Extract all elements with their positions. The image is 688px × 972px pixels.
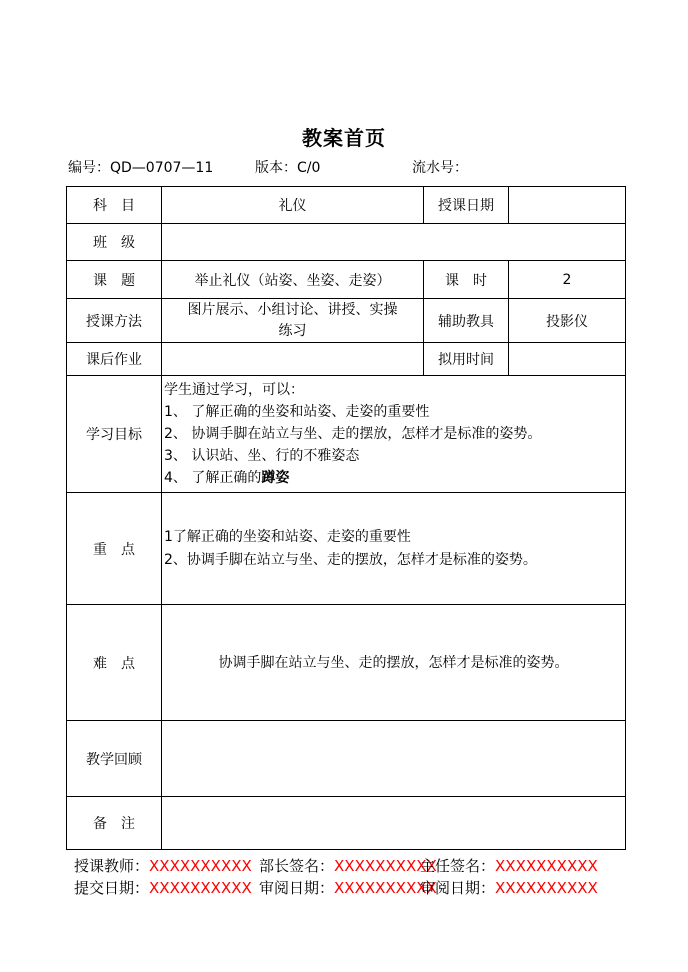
goal-item-4: 4、 了解正确的蹲姿 [164, 467, 623, 489]
table-row: 课 题 举止礼仪（站姿、坐姿、走姿） 课 时 2 [67, 261, 626, 299]
goal-item-2: 2、 协调手脚在站立与坐、走的摆放，怎样才是标准的姿势。 [164, 423, 623, 445]
planned-time-value [509, 343, 626, 376]
teach-date-label: 授课日期 [424, 187, 509, 224]
supervisor-signature: 主任签名：XXXXXXXXXX [420, 855, 598, 877]
doc-serial-label: 流水号： [412, 160, 468, 176]
lesson-plan-table: 科 目 礼仪 授课日期 班 级 课 题 举止礼仪（站姿、坐姿、走姿） 课 时 2… [66, 186, 626, 850]
table-row: 课后作业 拟用时间 [67, 343, 626, 376]
table-row: 学习目标 学生通过学习，可以： 1、 了解正确的坐姿和站姿、走姿的重要性 2、 … [67, 376, 626, 493]
doc-serial: 流水号： [412, 158, 468, 178]
table-row: 授课方法 图片展示、小组讨论、讲授、实操练习 辅助教具 投影仪 [67, 299, 626, 343]
teaching-aid-label: 辅助教具 [424, 299, 509, 343]
class-label: 班 级 [67, 224, 162, 261]
meta-line: 编号：QD—0707—11 版本：C/0 流水号： [68, 158, 688, 178]
signature-block: 授课教师：XXXXXXXXXX 部长签名：XXXXXXXXXX 主任签名：XXX… [74, 855, 688, 899]
period-value: 2 [509, 261, 626, 299]
teach-date-value [509, 187, 626, 224]
review-date-2-label: 审阅日期： [420, 879, 495, 897]
submit-date-label: 提交日期： [74, 879, 149, 897]
period-label: 课 时 [424, 261, 509, 299]
goal-item-4-bold-term: 蹲姿 [261, 470, 289, 486]
doc-version: 版本：C/0 [255, 158, 412, 178]
method-value-text: 图片展示、小组讨论、讲授、实操练习 [184, 300, 402, 342]
goal-item-1: 1、 了解正确的坐姿和站姿、走姿的重要性 [164, 401, 623, 423]
table-row: 重 点 1了解正确的坐姿和站姿、走姿的重要性 2、协调手脚在站立与坐、走的摆放，… [67, 493, 626, 605]
signature-row-2: 提交日期：XXXXXXXXXX 审阅日期：XXXXXXXXXX 审阅日期：XXX… [74, 877, 688, 899]
teacher-signature: 授课教师：XXXXXXXXXX [74, 855, 259, 877]
supervisor-signature-value: XXXXXXXXXX [495, 857, 598, 875]
keypoints-content: 1了解正确的坐姿和站姿、走姿的重要性 2、协调手脚在站立与坐、走的摆放，怎样才是… [162, 493, 626, 605]
review-date-2: 审阅日期：XXXXXXXXXX [420, 877, 598, 899]
review-value [162, 721, 626, 797]
table-row: 难 点 协调手脚在站立与坐、走的摆放，怎样才是标准的姿势。 [67, 605, 626, 721]
teacher-signature-label: 授课教师： [74, 857, 149, 875]
difficulty-label: 难 点 [67, 605, 162, 721]
doc-number-label: 编号： [68, 160, 110, 176]
goals-content: 学生通过学习，可以： 1、 了解正确的坐姿和站姿、走姿的重要性 2、 协调手脚在… [162, 376, 626, 493]
document-page: 教案首页 编号：QD—0707—11 版本：C/0 流水号： 科 目 礼仪 授课… [0, 0, 688, 972]
table-row: 备 注 [67, 797, 626, 850]
goal-item-3: 3、 认识站、坐、行的不雅姿态 [164, 445, 623, 467]
difficulty-content: 协调手脚在站立与坐、走的摆放，怎样才是标准的姿势。 [162, 605, 626, 721]
doc-version-label: 版本： [255, 160, 297, 176]
signature-row-1: 授课教师：XXXXXXXXXX 部长签名：XXXXXXXXXX 主任签名：XXX… [74, 855, 688, 877]
keypoint-line-1: 1了解正确的坐姿和站姿、走姿的重要性 [164, 526, 623, 549]
class-value [162, 224, 626, 261]
goals-label: 学习目标 [67, 376, 162, 493]
page-title: 教案首页 [0, 0, 688, 150]
director-signature: 部长签名：XXXXXXXXXX [259, 855, 420, 877]
teaching-aid-value: 投影仪 [509, 299, 626, 343]
supervisor-signature-label: 主任签名： [420, 857, 495, 875]
table-row: 班 级 [67, 224, 626, 261]
method-value: 图片展示、小组讨论、讲授、实操练习 [162, 299, 424, 343]
doc-number: 编号：QD—0707—11 [68, 158, 255, 178]
review-label: 教学回顾 [67, 721, 162, 797]
method-label: 授课方法 [67, 299, 162, 343]
review-date-1: 审阅日期：XXXXXXXXXX [259, 877, 420, 899]
homework-label: 课后作业 [67, 343, 162, 376]
remark-value [162, 797, 626, 850]
keypoint-line-2: 2、协调手脚在站立与坐、走的摆放，怎样才是标准的姿势。 [164, 549, 623, 572]
keypoints-label: 重 点 [67, 493, 162, 605]
doc-number-value: QD—0707—11 [110, 160, 213, 176]
goal-item-4-text: 4、 了解正确的 [164, 470, 261, 486]
doc-version-value: C/0 [297, 160, 320, 176]
table-row: 教学回顾 [67, 721, 626, 797]
topic-value: 举止礼仪（站姿、坐姿、走姿） [162, 261, 424, 299]
subject-value: 礼仪 [162, 187, 424, 224]
submit-date: 提交日期：XXXXXXXXXX [74, 877, 259, 899]
director-signature-label: 部长签名： [259, 857, 334, 875]
topic-label: 课 题 [67, 261, 162, 299]
remark-label: 备 注 [67, 797, 162, 850]
homework-value [162, 343, 424, 376]
teacher-signature-value: XXXXXXXXXX [149, 857, 252, 875]
planned-time-label: 拟用时间 [424, 343, 509, 376]
submit-date-value: XXXXXXXXXX [149, 879, 252, 897]
subject-label: 科 目 [67, 187, 162, 224]
review-date-1-label: 审阅日期： [259, 879, 334, 897]
review-date-2-value: XXXXXXXXXX [495, 879, 598, 897]
table-row: 科 目 礼仪 授课日期 [67, 187, 626, 224]
goals-intro: 学生通过学习，可以： [164, 379, 623, 401]
